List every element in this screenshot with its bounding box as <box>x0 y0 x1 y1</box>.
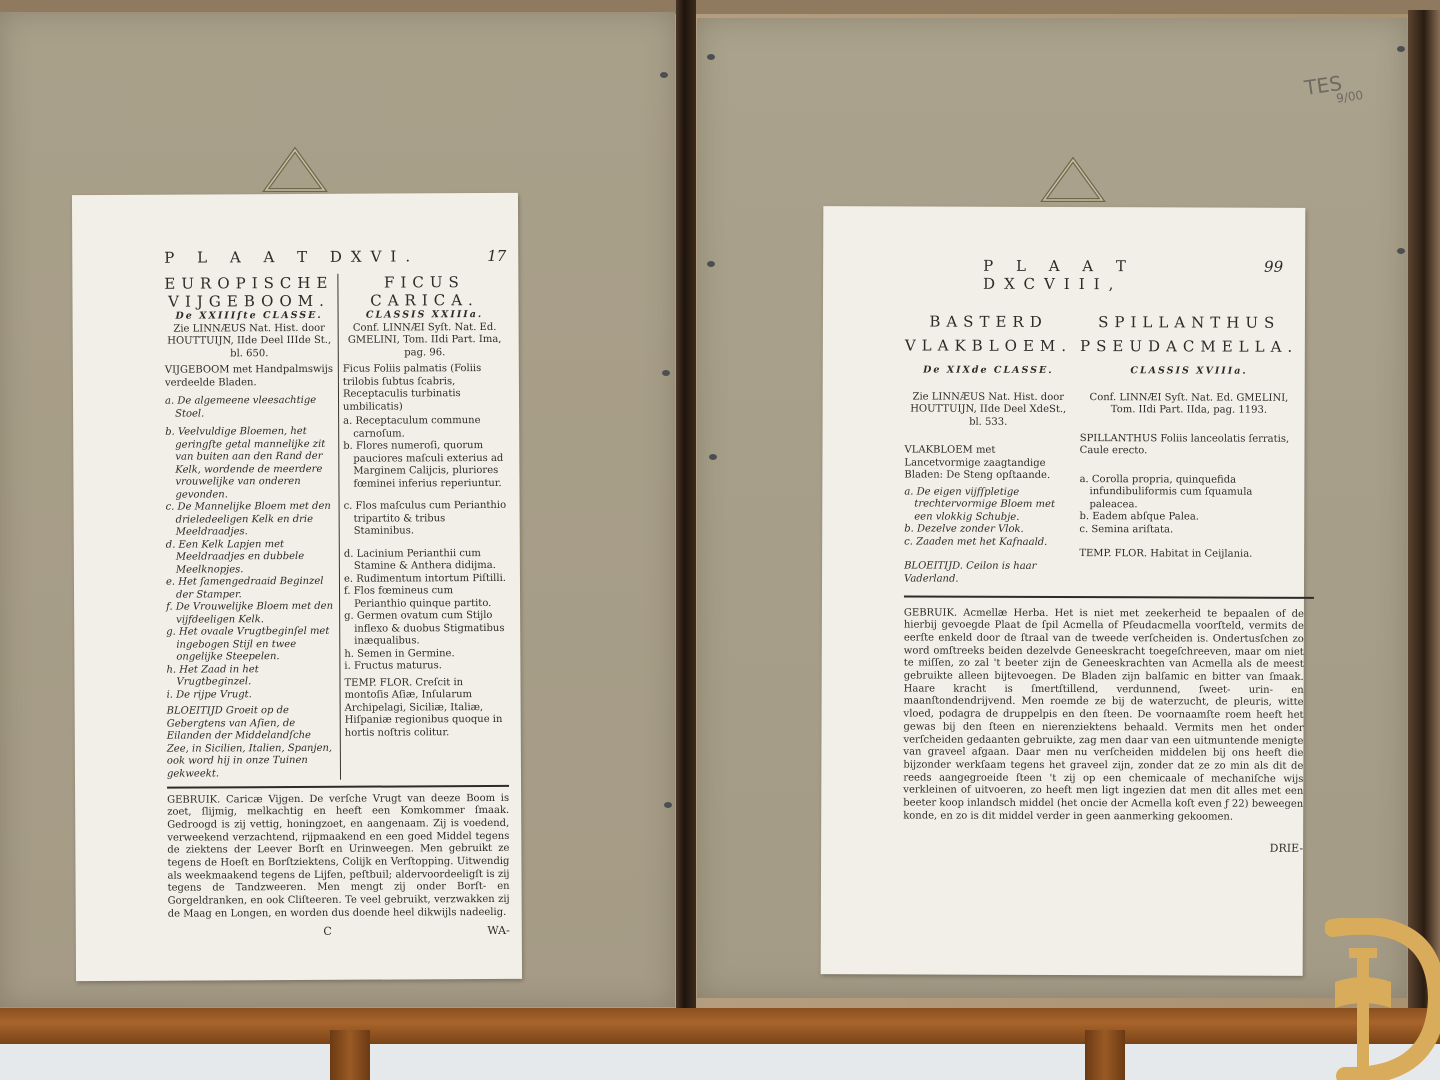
latin-item: h. Semen in Germine. <box>344 647 508 660</box>
page-number: 99 <box>1264 258 1283 294</box>
dutch-classe: De XIXde CLASSE. <box>905 364 1072 377</box>
lower-frame-glass <box>0 1044 330 1080</box>
nail-icon <box>709 454 717 460</box>
dutch-title-line2: VLAKBLOEM. <box>905 336 1072 355</box>
dutch-title-line2: VIJGEBOOM. <box>164 292 333 311</box>
dutch-item: c. Zaaden met het Kafnaald. <box>904 536 1071 549</box>
dutch-description: VLAKBLOEM met Lancetvormige zaagtandige … <box>904 444 1071 482</box>
latin-title-line1: FICUS <box>342 273 506 292</box>
latin-item: c. Flos maſculus cum Perianthio triparti… <box>344 500 508 538</box>
dutch-item: c. De Mannelijke Bloem met den drieledee… <box>166 501 335 539</box>
latin-item: i. Fructus maturus. <box>344 660 508 673</box>
latin-item: f. Flos fœmineus cum Perianthio quinque … <box>344 585 508 611</box>
nail-icon <box>664 802 672 808</box>
page-number: 17 <box>487 247 506 265</box>
latin-reference: Conf. LINNÆI Syſt. Nat. Ed. GMELINI, Tom… <box>1080 392 1298 418</box>
auction-logo-icon <box>1325 918 1440 1080</box>
latin-column: SPILLANTHUS PSEUDACMELLA. CLASSIS XVIIIa… <box>1079 313 1298 587</box>
dutch-item: a. De algemeene vleesachtige Stoel. <box>165 395 334 421</box>
latin-item: e. Rudimentum intortum Piſtilli. <box>344 572 508 585</box>
dutch-description: VIJGEBOOM met Handpalmswijs verdeelde Bl… <box>165 364 334 390</box>
nail-icon <box>707 261 715 267</box>
left-document-page: P L A A T DXVI. 17 EUROPISCHE VIJGEBOOM.… <box>72 193 522 981</box>
right-frame-edge <box>1408 10 1440 1010</box>
dutch-item: b. Veelvuldige Bloemen, het geringſte ge… <box>165 426 334 502</box>
latin-item: b. Flores numeroſi, quorum pauciores maſ… <box>343 440 507 491</box>
section-rule <box>167 785 509 788</box>
dutch-item: e. Het ſamengedraaid Beginzel der Stampe… <box>166 576 335 602</box>
printer-signature: C <box>323 924 331 937</box>
latin-title-line1: SPILLANTHUS <box>1080 313 1298 332</box>
plate-header: P L A A T DXCVIII, 99 <box>905 256 1283 293</box>
dutch-item: i. De rijpe Vrugt. <box>167 688 336 701</box>
dutch-bloeitijd: BLOEITIJD. Ceilon is haar Vaderland. <box>904 560 1071 586</box>
lower-frame-top-rail <box>0 1008 1440 1044</box>
dutch-reference: Zie LINNÆUS Nat. Hist. door HOUTTUIJN, I… <box>165 322 334 360</box>
nail-icon <box>660 72 668 78</box>
plate-number: P L A A T DXCVIII, <box>983 257 1264 294</box>
column-divider <box>1075 313 1076 586</box>
dutch-bloeitijd: BLOEITIJD Groeit op de Gebergtens van Aſ… <box>167 705 336 781</box>
nail-icon <box>1397 248 1405 254</box>
latin-title-line2: CARICA. <box>342 291 506 310</box>
nail-icon <box>1397 46 1405 52</box>
dutch-classe: De XXIIIſte CLASSE. <box>165 310 334 323</box>
nail-icon <box>707 54 715 60</box>
dutch-column: EUROPISCHE VIJGEBOOM. De XXIIIſte CLASSE… <box>164 274 336 781</box>
latin-temp-flor: TEMP. FLOR. Habitat in Ceijlania. <box>1079 548 1297 561</box>
dutch-item: f. De Vrouwelijke Bloem met den vijfdeel… <box>166 601 335 627</box>
lower-frame-glass <box>370 1044 1085 1080</box>
latin-classis: CLASSIS XXIIIa. <box>343 309 507 322</box>
catchword: DRIE- <box>1270 842 1303 855</box>
section-rule <box>904 595 1314 598</box>
plate-header: P L A A T DXVI. 17 <box>164 247 506 267</box>
dutch-item: a. De eigen vijfſpletige trechtervormige… <box>904 486 1071 524</box>
gebruik-paragraph: GEBRUIK. Acmellæ Herba. Het is niet met … <box>903 607 1304 824</box>
column-divider <box>337 274 341 780</box>
latin-item: a. Corolla propria, quinquefida infundib… <box>1079 474 1297 512</box>
nail-icon <box>662 370 670 376</box>
triangle-hanger-icon <box>1040 156 1106 204</box>
dutch-title-line1: EUROPISCHE <box>164 274 333 293</box>
latin-item: a. Receptaculum commune carnoſum. <box>343 415 507 441</box>
dutch-item: h. Het Zaad in het Vrugtbeginzel. <box>166 663 335 689</box>
latin-description: SPILLANTHUS Foliis lanceolatis ſerratis,… <box>1080 433 1298 459</box>
latin-column: FICUS CARICA. CLASSIS XXIIIa. Conf. LINN… <box>342 273 509 780</box>
catchword: WA- <box>487 923 509 936</box>
latin-temp-flor: TEMP. FLOR. Creſcit in montoſis Aſiæ, In… <box>344 676 508 739</box>
plate-number: P L A A T DXVI. <box>164 247 419 266</box>
latin-description: Ficus Foliis palmatis (Foliis trilobis ſ… <box>343 363 507 414</box>
lower-frame-corner <box>1085 1030 1125 1080</box>
dutch-reference: Zie LINNÆUS Nat. Hist. door HOUTTUIJN, I… <box>905 391 1072 429</box>
lower-frame-corner <box>330 1030 370 1080</box>
dutch-item: b. Dezelve zonder Vlok. <box>904 523 1071 536</box>
latin-reference: Conf. LINNÆI Syſt. Nat. Ed. GMELINI, Tom… <box>343 321 507 359</box>
right-document-page: P L A A T DXCVIII, 99 BASTERD VLAKBLOEM.… <box>821 206 1306 976</box>
dutch-column: BASTERD VLAKBLOEM. De XIXde CLASSE. Zie … <box>904 312 1072 586</box>
gebruik-paragraph: GEBRUIK. Caricæ Vijgen. De verſche Vrugt… <box>167 792 510 921</box>
latin-classis: CLASSIS XVIIIa. <box>1080 365 1298 378</box>
latin-item: d. Lacinium Perianthii cum Stamine & Ant… <box>344 547 508 573</box>
triangle-hanger-icon <box>262 146 328 194</box>
latin-title-line2: PSEUDACMELLA. <box>1080 337 1298 356</box>
dutch-item: g. Het ovaale Vrugtbeginſel met ingeboge… <box>166 626 335 664</box>
latin-item: g. Germen ovatum cum Stijlo inflexo & du… <box>344 610 508 648</box>
frame-divider <box>676 0 696 1010</box>
dutch-title-line1: BASTERD <box>905 312 1072 331</box>
latin-item: b. Eadem abſque Palea. <box>1079 511 1297 524</box>
latin-item: c. Semina ariſtata. <box>1079 524 1297 537</box>
dutch-item: d. Een Kelk Lapjen met Meeldraadjes en d… <box>166 538 335 576</box>
